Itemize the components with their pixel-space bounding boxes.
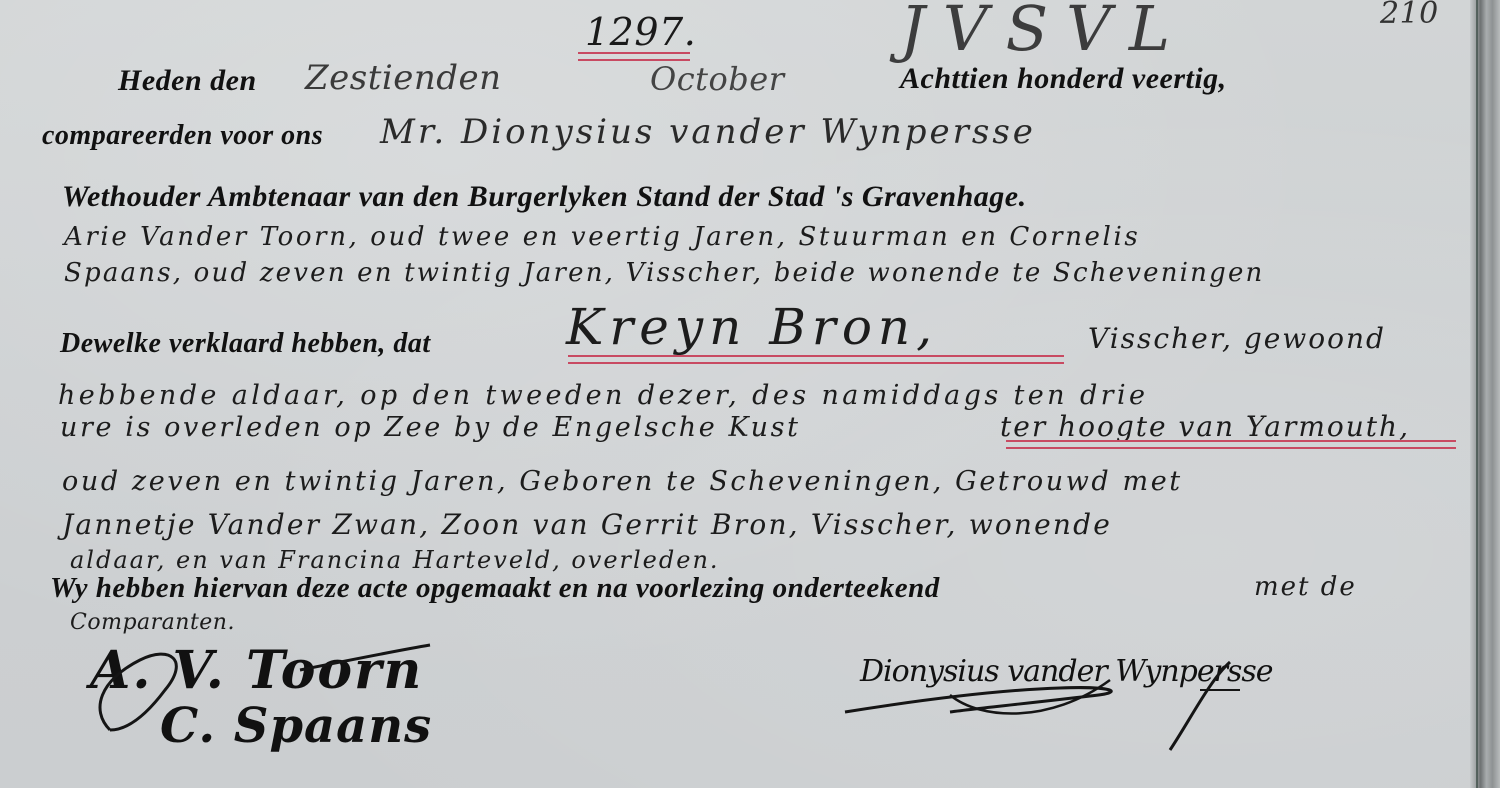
line10-spouse-parents: Jannetje Vander Zwan, Zoon van Gerrit Br…	[62, 508, 1112, 541]
line6-printed-dewelke: Dewelke verklaard hebben, dat	[60, 328, 431, 360]
line1-day: Zestienden	[305, 58, 502, 98]
line12-met-de: met de	[1254, 572, 1357, 602]
line8-death-place: ure is overleden op Zee by de Engelsche …	[60, 412, 801, 443]
margin-annotation: JVSVL	[900, 0, 1188, 65]
line2-official-name: Mr. Dionysius vander Wynpersse	[380, 112, 1036, 152]
line9-age-birthplace: oud zeven en twintig Jaren, Geboren te S…	[62, 466, 1183, 497]
line1-printed-year: Achttien honderd veertig,	[900, 62, 1227, 96]
line6-occupation: Visscher, gewoond	[1088, 322, 1386, 355]
line5-witnesses-cont: Spaans, oud zeven en twintig Jaren, Viss…	[64, 258, 1265, 288]
line3-printed-wethouder: Wethouder Ambtenaar van den Burgerlyken …	[62, 180, 1027, 214]
line1-printed-heden: Heden den	[118, 64, 257, 98]
document-page: 1297. JVSVL 210 Heden den Zestienden Oct…	[0, 0, 1500, 788]
signature-flourish-icon	[830, 640, 1250, 760]
line2-printed-compareerden: compareerden voor ons	[42, 120, 323, 152]
page-number: 210	[1380, 0, 1439, 31]
binding-edge	[1470, 0, 1500, 788]
deceased-name: Kreyn Bron,	[566, 298, 938, 356]
act-number: 1297.	[585, 10, 696, 54]
witness-signature-flourish-icon	[70, 630, 450, 740]
line7-residence-date: hebbende aldaar, op den tweeden dezer, d…	[58, 380, 1148, 411]
deceased-name-underline	[568, 355, 1064, 364]
yarmouth-underline	[1006, 440, 1456, 449]
line1-month: October	[650, 60, 785, 98]
line11-mother: aldaar, en van Francina Harteveld, overl…	[70, 546, 720, 574]
line8-location-yarmouth: ter hoogte van Yarmouth,	[1000, 410, 1410, 443]
line12-printed-closing: Wy hebben hiervan deze acte opgemaakt en…	[50, 572, 940, 605]
line4-witnesses: Arie Vander Toorn, oud twee en veertig J…	[64, 222, 1140, 252]
